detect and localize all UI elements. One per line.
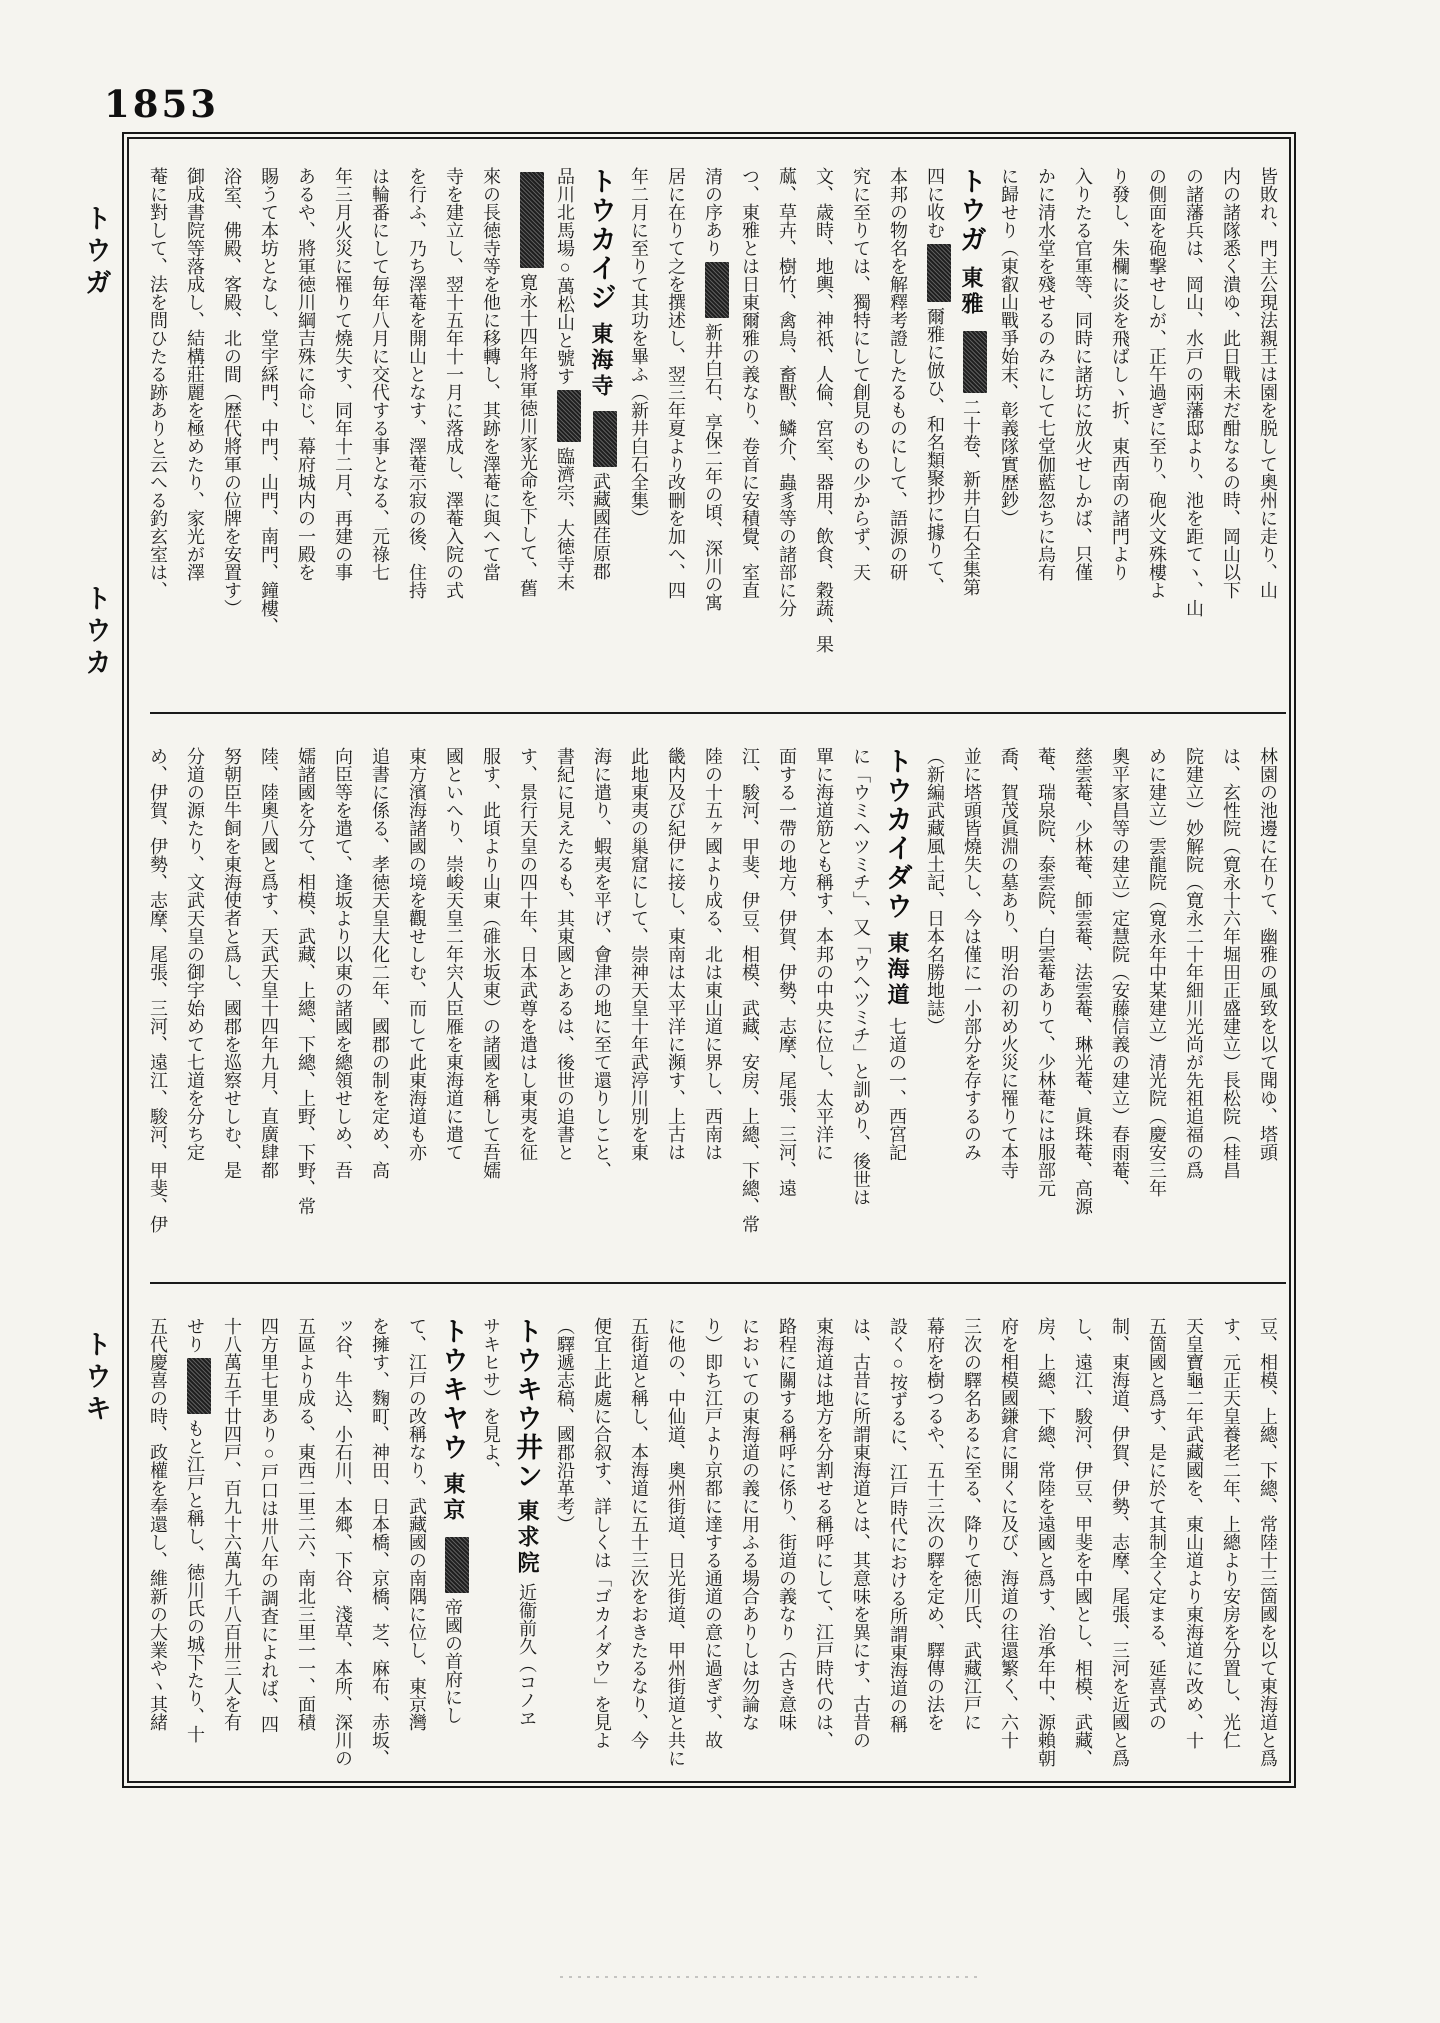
column-text: 五箇國と爲す、是に於て其制全く定まる、延喜式の <box>1147 1317 1167 1731</box>
column-text: 向臣等を遣て、逢坂より以東の諸國を總領せしめ、吾 <box>333 747 353 1179</box>
column-text: の側面を砲撃せしが、正午過ぎに至り、砲火文殊樓よ <box>1147 167 1167 599</box>
column-text: 陸の十五ヶ國より成る、北は東山道に界し、西南は <box>703 747 723 1161</box>
column-text: 單に海道筋とも稱す、本邦の中央に位し、太平洋に <box>814 747 834 1161</box>
text-column: 奧平家昌等の建立）定慧院（安藤信義の建立）春雨菴、 <box>1101 747 1138 1274</box>
column-text: 品川北馬場○萬松山と號す <box>555 167 575 385</box>
column-text: 分道の源たり、文武天皇の御宇始めて七道を分ち定 <box>185 747 205 1161</box>
column-text: 浴室、佛殿、客殿、北の間（歴代將軍の位牌を安置す） <box>222 167 242 617</box>
text-column: に他の、中仙道、奧州街道、日光街道、甲州街道と共に <box>657 1317 694 1779</box>
column-text: 嬬諸國を分て、相模、武藏、上總、下總、上野、下野、常 <box>296 747 316 1215</box>
source-label-box <box>187 1358 211 1414</box>
column-text: を擁す、麴町、神田、日本橋、京橋、芝、麻布、赤坂、四 <box>361 1317 390 1767</box>
column-text: 菴、瑞泉院、泰雲院、白雲菴ありて、少林菴には服部元 <box>1036 747 1056 1197</box>
text-column: 書紀に見えたるも、其東國とあるは、後世の追書と <box>546 747 583 1274</box>
column-text: 天皇寶龜二年武藏國を、東山道より東海道に改め、十 <box>1184 1317 1204 1749</box>
spacer <box>452 1524 454 1532</box>
column-text: に他の、中仙道、奧州街道、日光街道、甲州街道と共に <box>666 1317 686 1767</box>
spacer <box>970 318 972 326</box>
entry-title: 東海道 <box>885 931 910 1009</box>
column-text: 府を相模國鎌倉に開くに及び、海道の往還繁く、六十 <box>999 1317 1019 1749</box>
column-text: す、景行天皇の四十年、日本武尊を遣はし東夷を征 <box>518 747 538 1161</box>
column-text: 追書に係る、孝徳天皇大化二年、國郡の制を定め、高 <box>370 747 390 1179</box>
text-column: 國といへり、崇峻天皇二年宍人臣雁を東海道に遣て <box>435 747 472 1274</box>
column-text: め、伊賀、伊勢、志摩、尾張、三河、遠江、駿河、甲斐、伊 <box>150 747 168 1233</box>
text-column: 三次の驛名あるに至る、降りて徳川氏、武藏江戸に <box>953 1317 990 1779</box>
band-1: 皆敗れ、門主公現法親王は園を脱して奧州に走り、山内の諸隊悉く潰ゆ、此日戰未だ酣な… <box>150 167 1286 707</box>
column-text: 内の諸隊悉く潰ゆ、此日戰未だ酣なるの時、岡山以下 <box>1221 167 1241 599</box>
column-text: 慈雲菴、少林菴、師雲菴、法雲菴、琳光菴、眞珠菴、高源 <box>1073 747 1093 1215</box>
text-column: ッ谷、牛込、小石川、本郷、下谷、淺草、本所、深川の十 <box>324 1317 361 1779</box>
column-text: 御成書院等落成し、結構莊麗を極めたり、家光が澤 <box>185 167 205 581</box>
text-column: 年二月に至りて其功を畢ふ（新井白石全集） <box>620 167 657 707</box>
column-text: 五街道と稱し、本海道に五十三次をおきたるなり、今 <box>629 1317 649 1749</box>
text-column: す、元正天皇養老二年、上總より安房を分置し、光仁 <box>1212 1317 1249 1779</box>
source-label-box <box>927 244 951 302</box>
source-label-box <box>963 331 987 393</box>
column-text: かに清水堂を殘せるのみにして七堂伽藍忽ちに烏有 <box>1036 167 1056 581</box>
text-column: の諸藩兵は、岡山、水戸の兩藩邸より、池を距てヽ、山 <box>1175 167 1212 707</box>
column-text: す、元正天皇養老二年、上總より安房を分置し、光仁 <box>1221 1317 1241 1749</box>
column-text: 努朝臣牛飼を東海使者と爲し、國郡を巡察せしむ、是 <box>222 747 242 1179</box>
text-column: （新編武藏風土記、日本名勝地誌） <box>916 747 953 1274</box>
spacer <box>600 400 602 406</box>
column-text: 海に遣り、蝦夷を平げ、會津の地に至て還りしこと、 <box>592 747 612 1179</box>
column-text: せり <box>185 1317 205 1353</box>
column-text: に「ウミヘツミチ」、又「ウヘツミチ」と訓めり、後世は <box>851 747 871 1206</box>
text-column: においての東海道の義に用ふる場合ありしは勿論な <box>731 1317 768 1779</box>
entry-title: 東雅 <box>959 266 984 318</box>
column-text: て、江戸の改稱なり、武藏國の南隅に位し、東京灣 <box>407 1317 427 1731</box>
column-text: 幕府を樹つるや、五十三次の驛を定め、驛傳の法を <box>925 1317 945 1731</box>
text-column: 江、駿河、甲斐、伊豆、相模、武藏、安房、上總、下總、常 <box>731 747 768 1274</box>
column-text: 設く○按ずるに、江戸時代における所謂東海道の稱 <box>888 1317 908 1733</box>
column-text: 居に在りて之を撰述し、翌三年夏より改刪を加へ、四 <box>666 167 686 599</box>
text-column: 向臣等を遣て、逢坂より以東の諸國を總領せしめ、吾 <box>324 747 361 1274</box>
entry-headword: トウガ <box>956 167 986 254</box>
text-column: トウキヤウ東京帝國の首府にし <box>435 1317 472 1779</box>
margin-label-touga: トウガ <box>82 204 116 300</box>
column-text: 房、上總、下總、常陸を遠國と爲す、治承年中、源賴朝 <box>1036 1317 1056 1767</box>
column-text: 武藏國荏原郡 <box>591 472 611 580</box>
text-column: 陸の十五ヶ國より成る、北は東山道に界し、西南は <box>694 747 731 1274</box>
column-text: 賜うて本坊となし、堂宇綵門、中門、山門、南門、鐘樓、 <box>259 167 279 635</box>
text-column: 服す、此頃より山東（碓氷坂東）の諸國を稱して吾嬬 <box>472 747 509 1274</box>
entry-title: 東京 <box>441 1472 466 1524</box>
text-column: 寺を建立し、翌十五年十一月に落成し、澤菴入院の式 <box>435 167 472 707</box>
column-text: 蓏、草卉、樹竹、禽鳥、畜獸、鱗介、蟲豸等の諸部に分 <box>777 167 797 617</box>
text-column: 寛永十四年將軍徳川家光命を下して、舊 <box>509 167 546 707</box>
column-text: 喬、賀茂眞淵の墓あり、明治の初め火災に罹りて本寺 <box>999 747 1019 1179</box>
text-column: サキヒサ）を見よ、 <box>472 1317 509 1779</box>
text-column: 豆、相模、上總、下總、常陸十三箇國を以て東海道と爲 <box>1249 1317 1286 1779</box>
entry-headword: トウキウ井ン <box>512 1317 542 1491</box>
column-text: に歸せり（東叡山戰爭始末、彰義隊實歴鈔） <box>999 167 1019 527</box>
column-text: 年二月に至りて其功を畢ふ（新井白石全集） <box>629 167 649 527</box>
column-text: （新編武藏風土記、日本名勝地誌） <box>925 747 945 1035</box>
text-column: 菴、瑞泉院、泰雲院、白雲菴ありて、少林菴には服部元 <box>1027 747 1064 1274</box>
text-column: 本邦の物名を解釋考證したるものにして、語源の研 <box>879 167 916 707</box>
text-column: 喬、賀茂眞淵の墓あり、明治の初め火災に罹りて本寺 <box>990 747 1027 1274</box>
text-column: 路程に關する稱呼に係り、街道の義なり（古き意味 <box>768 1317 805 1779</box>
text-column: 入りたる官軍等、同時に諸坊に放火せしかば、只僅 <box>1064 167 1101 707</box>
text-column: 天皇寶龜二年武藏國を、東山道より東海道に改め、十 <box>1175 1317 1212 1779</box>
text-column: 五街道と稱し、本海道に五十三次をおきたるなり、今 <box>620 1317 657 1779</box>
column-text: （驛遞志稿、國郡沿革考） <box>555 1317 575 1533</box>
column-text: 四方里七里あり○戸口は卅八年の調査によれば、四 <box>259 1317 279 1733</box>
column-text: 究に至りては、獨特にして創見のもの少からず、天 <box>851 167 871 581</box>
column-text: 豆、相模、上總、下總、常陸十三箇國を以て東海道と爲 <box>1258 1317 1278 1767</box>
text-column: 清の序あり新井白石、享保二年の頃、深川の寓 <box>694 167 731 707</box>
column-text: 近衞前久（コノヱ <box>517 1583 537 1727</box>
text-column: 御成書院等落成し、結構莊麗を極めたり、家光が澤 <box>176 167 213 707</box>
text-column: は、古昔に所謂東海道とは、其意味を異にす、古昔の <box>842 1317 879 1779</box>
column-text: 七道の一、西宮記 <box>887 1017 907 1161</box>
text-column: 幕府を樹つるや、五十三次の驛を定め、驛傳の法を <box>916 1317 953 1779</box>
column-text: 來の長徳寺等を他に移轉し、其跡を澤菴に與へて當 <box>481 167 501 581</box>
text-column: 究に至りては、獨特にして創見のもの少からず、天 <box>842 167 879 707</box>
column-text: 年三月火災に罹りて燒失す、同年十二月、再建の事 <box>333 167 353 581</box>
text-column: せりもと江戸と稱し、徳川氏の城下たり、十 <box>176 1317 213 1779</box>
text-column: つ、東雅とは日東爾雅の義なり、卷首に安積覺、室直 <box>731 167 768 707</box>
page-frame: 皆敗れ、門主公現法親王は園を脱して奧州に走り、山内の諸隊悉く潰ゆ、此日戰未だ酣な… <box>122 132 1296 1788</box>
column-text: 此地東夷の巢窟にして、崇神天皇十年武渟川別を東 <box>629 747 649 1161</box>
column-text: 便宜上此處に合叙す、詳しくは「ゴカイダウ」を見よ <box>592 1317 612 1749</box>
text-column: 來の長徳寺等を他に移轉し、其跡を澤菴に與へて當 <box>472 167 509 707</box>
band-2: 林園の池邊に在りて、幽雅の風致を以て聞ゆ、塔頭は、玄性院（寛永十六年堀田正盛建立… <box>150 747 1286 1274</box>
column-text: 文、歳時、地輿、神祇、人倫、宮室、器用、飲食、穀蔬、果 <box>814 167 834 653</box>
text-column: トウキウ井ン東求院近衞前久（コノヱ <box>509 1317 546 1779</box>
source-label-box <box>593 411 617 467</box>
page-number: 1853 <box>104 82 219 126</box>
text-column: 房、上總、下總、常陸を遠國と爲す、治承年中、源賴朝 <box>1027 1317 1064 1779</box>
column-text: 陸、陸奧八國と爲す、天武天皇十四年九月、直廣肆都 <box>259 747 279 1179</box>
column-text: ッ谷、牛込、小石川、本郷、下谷、淺草、本所、深川の十 <box>324 1317 353 1767</box>
text-column: 文、歳時、地輿、神祇、人倫、宮室、器用、飲食、穀蔬、果 <box>805 167 842 707</box>
text-column: トウガ東雅二十卷、新井白石全集第 <box>953 167 990 707</box>
column-text: 十八萬五千廿四戸、百九十六萬九千八百卅三人を有 <box>222 1317 242 1731</box>
spacer <box>526 1491 528 1499</box>
text-column: 皆敗れ、門主公現法親王は園を脱して奧州に走り、山 <box>1249 167 1286 707</box>
margin-label-touka: トウカ <box>82 584 116 680</box>
text-column: め、伊賀、伊勢、志摩、尾張、三河、遠江、駿河、甲斐、伊 <box>150 747 176 1274</box>
text-column: の側面を砲撃せしが、正午過ぎに至り、砲火文殊樓よ <box>1138 167 1175 707</box>
spacer <box>452 1462 454 1472</box>
column-text: 書紀に見えたるも、其東國とあるは、後世の追書と <box>555 747 575 1161</box>
text-column: に歸せり（東叡山戰爭始末、彰義隊實歴鈔） <box>990 167 1027 707</box>
column-text: 制、東海道、伊賀、伊勢、志摩、尾張、三河を近國と爲 <box>1110 1317 1130 1767</box>
column-text: 四に收む <box>925 167 945 239</box>
column-text: 林園の池邊に在りて、幽雅の風致を以て聞ゆ、塔頭 <box>1258 747 1278 1161</box>
column-text: 面する一帶の地方、伊賀、伊勢、志摩、尾張、三河、遠 <box>777 747 797 1197</box>
column-text: 五代慶喜の時、政權を奉還し、維新の大業やヽ其緒 <box>150 1317 168 1731</box>
text-column: 五代慶喜の時、政權を奉還し、維新の大業やヽ其緒 <box>150 1317 176 1779</box>
text-column: 追書に係る、孝徳天皇大化二年、國郡の制を定め、高 <box>361 747 398 1274</box>
column-text: は、玄性院（寛永十六年堀田正盛建立）長松院（桂昌 <box>1221 747 1241 1179</box>
text-column: 院建立）妙解院（寛永二十年細川光尚が先祖追福の爲 <box>1175 747 1212 1274</box>
text-column: 嬬諸國を分て、相模、武藏、上總、下總、上野、下野、常 <box>287 747 324 1274</box>
margin-label-touki: トウキ <box>82 1330 116 1426</box>
text-column: 五區より成る、東西二里二六、南北三里一一、面積 <box>287 1317 324 1779</box>
column-text: めに建立）雲龍院（寛永年中某建立）清光院（慶安三年 <box>1147 747 1167 1197</box>
column-text: 入りたる官軍等、同時に諸坊に放火せしかば、只僅 <box>1073 167 1093 581</box>
column-text: 二十卷、新井白石全集第 <box>961 398 981 596</box>
source-label-box <box>557 390 581 442</box>
column-text: 五區より成る、東西二里二六、南北三里一一、面積 <box>296 1317 316 1731</box>
text-column: 四に收む爾雅に倣ひ、和名類聚抄に據りて、 <box>916 167 953 707</box>
text-column: は輪番にして毎年八月に交代する事となる、元祿七 <box>361 167 398 707</box>
column-text: つ、東雅とは日東爾雅の義なり、卷首に安積覺、室直 <box>740 167 760 599</box>
text-column: し、遠江、駿河、伊豆、甲斐を中國とし、相模、武藏、安 <box>1064 1317 1101 1779</box>
column-text: においての東海道の義に用ふる場合ありしは勿論な <box>740 1317 760 1731</box>
column-text: り發し、朱欄に炎を飛ばしヽ折、東西南の諸門より <box>1110 167 1130 581</box>
band-divider-2 <box>150 1282 1286 1284</box>
column-text: 東方濱海諸國の境を觀せしむ、而して此東海道も亦 <box>407 747 427 1161</box>
column-text: 並に塔頭皆燒失し、今は僅に一小部分を存するのみ <box>962 747 982 1161</box>
text-column: 海に遣り、蝦夷を平げ、會津の地に至て還りしこと、 <box>583 747 620 1274</box>
text-column: 十八萬五千廿四戸、百九十六萬九千八百卅三人を有 <box>213 1317 250 1779</box>
text-column: 東海道は地方を分割せる稱呼にして、江戸時代のは、 <box>805 1317 842 1779</box>
column-text: 臨濟宗、大徳寺末 <box>555 447 575 591</box>
text-column: て、江戸の改稱なり、武藏國の南隅に位し、東京灣 <box>398 1317 435 1779</box>
column-text: し、遠江、駿河、伊豆、甲斐を中國とし、相模、武藏、安 <box>1064 1317 1093 1767</box>
text-column: は、玄性院（寛永十六年堀田正盛建立）長松院（桂昌 <box>1212 747 1249 1274</box>
spacer <box>600 312 602 322</box>
text-column: 設く○按ずるに、江戸時代における所謂東海道の稱 <box>879 1317 916 1779</box>
text-column: り發し、朱欄に炎を飛ばしヽ折、東西南の諸門より <box>1101 167 1138 707</box>
column-text: り）即ち江戸より京都に達する通道の意に過ぎず、故 <box>703 1317 723 1749</box>
text-column: あるや、將軍徳川綱吉殊に命じ、幕府城内の一殿を <box>287 167 324 707</box>
scan-noise-speckles <box>560 1976 980 1978</box>
text-column: 畿内及び紀伊に接し、東南は太平洋に瀕す、上古は <box>657 747 694 1274</box>
column-text: 帝國の首府にし <box>443 1598 463 1724</box>
source-label-box <box>445 1537 469 1593</box>
text-column: 單に海道筋とも稱す、本邦の中央に位し、太平洋に <box>805 747 842 1274</box>
column-text: は、古昔に所謂東海道とは、其意味を異にす、古昔の <box>851 1317 871 1749</box>
column-text: 服す、此頃より山東（碓氷坂東）の諸國を稱して吾嬬 <box>481 747 501 1179</box>
column-text: 新井白石、享保二年の頃、深川の寓 <box>703 323 723 611</box>
source-label-box <box>520 172 544 268</box>
text-column: 林園の池邊に在りて、幽雅の風致を以て聞ゆ、塔頭 <box>1249 747 1286 1274</box>
column-text: 寛永十四年將軍徳川家光命を下して、舊 <box>518 273 538 597</box>
column-text: 江、駿河、甲斐、伊豆、相模、武藏、安房、上總、下總、常 <box>740 747 760 1233</box>
column-text: を行ふ、乃ち澤菴を開山となす、澤菴示寂の後、住持 <box>407 167 427 599</box>
column-text: 三次の驛名あるに至る、降りて徳川氏、武藏江戸に <box>962 1317 982 1731</box>
text-column: を行ふ、乃ち澤菴を開山となす、澤菴示寂の後、住持 <box>398 167 435 707</box>
text-column: 四方里七里あり○戸口は卅八年の調査によれば、四 <box>250 1317 287 1779</box>
column-text: 清の序あり <box>703 167 723 257</box>
text-column: 東方濱海諸國の境を觀せしむ、而して此東海道も亦 <box>398 747 435 1274</box>
entry-headword: トウカイダウ <box>882 747 912 921</box>
column-text: 寺を建立し、翌十五年十一月に落成し、澤菴入院の式 <box>444 167 464 599</box>
text-column: 居に在りて之を撰述し、翌三年夏より改刪を加へ、四 <box>657 167 694 707</box>
column-text: サキヒサ）を見よ、 <box>481 1317 501 1479</box>
text-column: 賜うて本坊となし、堂宇綵門、中門、山門、南門、鐘樓、 <box>250 167 287 707</box>
column-text: 菴に對して、法を問ひたる跡ありと云へる釣玄室は、 <box>150 167 168 599</box>
text-column: 努朝臣牛飼を東海使者と爲し、國郡を巡察せしむ、是 <box>213 747 250 1274</box>
text-column: 年三月火災に罹りて燒失す、同年十二月、再建の事 <box>324 167 361 707</box>
source-label-box <box>705 262 729 318</box>
entry-title: 東海寺 <box>589 322 614 400</box>
text-column: 並に塔頭皆燒失し、今は僅に一小部分を存するのみ <box>953 747 990 1274</box>
column-text: 本邦の物名を解釋考證したるものにして、語源の研 <box>888 167 908 581</box>
entry-headword: トウキヤウ <box>438 1317 468 1462</box>
column-text: は輪番にして毎年八月に交代する事となる、元祿七 <box>370 167 390 581</box>
spacer <box>896 1009 898 1017</box>
column-text: 皆敗れ、門主公現法親王は園を脱して奧州に走り、山 <box>1258 167 1278 599</box>
text-column: 蓏、草卉、樹竹、禽鳥、畜獸、鱗介、蟲豸等の諸部に分 <box>768 167 805 707</box>
text-column: 五箇國と爲す、是に於て其制全く定まる、延喜式の <box>1138 1317 1175 1779</box>
text-column: 浴室、佛殿、客殿、北の間（歴代將軍の位牌を安置す） <box>213 167 250 707</box>
band-divider-1 <box>150 712 1286 714</box>
text-column: トウカイジ東海寺武藏國荏原郡 <box>583 167 620 707</box>
text-column: 品川北馬場○萬松山と號す臨濟宗、大徳寺末 <box>546 167 583 707</box>
text-column: 陸、陸奧八國と爲す、天武天皇十四年九月、直廣肆都 <box>250 747 287 1274</box>
column-text: 路程に關する稱呼に係り、街道の義なり（古き意味 <box>777 1317 797 1731</box>
column-text: 爾雅に倣ひ、和名類聚抄に據りて、 <box>925 307 945 595</box>
text-column: 府を相模國鎌倉に開くに及び、海道の往還繁く、六十 <box>990 1317 1027 1779</box>
column-text: 院建立）妙解院（寛永二十年細川光尚が先祖追福の爲 <box>1184 747 1204 1179</box>
column-text: 畿内及び紀伊に接し、東南は太平洋に瀕す、上古は <box>666 747 686 1161</box>
text-column: 面する一帶の地方、伊賀、伊勢、志摩、尾張、三河、遠 <box>768 747 805 1274</box>
text-column: めに建立）雲龍院（寛永年中某建立）清光院（慶安三年 <box>1138 747 1175 1274</box>
text-column: 慈雲菴、少林菴、師雲菴、法雲菴、琳光菴、眞珠菴、高源 <box>1064 747 1101 1274</box>
text-column: に「ウミヘツミチ」、又「ウヘツミチ」と訓めり、後世は <box>842 747 879 1274</box>
text-column: を擁す、麴町、神田、日本橋、京橋、芝、麻布、赤坂、四 <box>361 1317 398 1779</box>
text-column: り）即ち江戸より京都に達する通道の意に過ぎず、故 <box>694 1317 731 1779</box>
column-text: 國といへり、崇峻天皇二年宍人臣雁を東海道に遣て <box>444 747 464 1161</box>
text-column: 此地東夷の巢窟にして、崇神天皇十年武渟川別を東 <box>620 747 657 1274</box>
entry-headword: トウカイジ <box>586 167 616 312</box>
text-column: 菴に對して、法を問ひたる跡ありと云へる釣玄室は、 <box>150 167 176 707</box>
column-text: あるや、將軍徳川綱吉殊に命じ、幕府城内の一殿を <box>296 167 316 581</box>
column-text: 奧平家昌等の建立）定慧院（安藤信義の建立）春雨菴、 <box>1110 747 1130 1197</box>
text-column: 分道の源たり、文武天皇の御宇始めて七道を分ち定 <box>176 747 213 1274</box>
spacer <box>896 921 898 931</box>
column-text: もと江戸と稱し、徳川氏の城下たり、十 <box>185 1419 205 1743</box>
entry-title: 東求院 <box>515 1499 540 1577</box>
text-column: （驛遞志稿、國郡沿革考） <box>546 1317 583 1779</box>
text-column: す、景行天皇の四十年、日本武尊を遣はし東夷を征 <box>509 747 546 1274</box>
column-text: 東海道は地方を分割せる稱呼にして、江戸時代のは、 <box>814 1317 834 1749</box>
column-text: の諸藩兵は、岡山、水戸の兩藩邸より、池を距てヽ、山 <box>1184 167 1204 617</box>
text-column: トウカイダウ東海道七道の一、西宮記 <box>879 747 916 1274</box>
spacer <box>970 254 972 266</box>
text-column: かに清水堂を殘せるのみにして七堂伽藍忽ちに烏有 <box>1027 167 1064 707</box>
band-3: 豆、相模、上總、下總、常陸十三箇國を以て東海道と爲す、元正天皇養老二年、上總より… <box>150 1317 1286 1779</box>
text-column: 便宜上此處に合叙す、詳しくは「ゴカイダウ」を見よ <box>583 1317 620 1779</box>
text-column: 内の諸隊悉く潰ゆ、此日戰未だ酣なるの時、岡山以下 <box>1212 167 1249 707</box>
text-column: 制、東海道、伊賀、伊勢、志摩、尾張、三河を近國と爲 <box>1101 1317 1138 1779</box>
